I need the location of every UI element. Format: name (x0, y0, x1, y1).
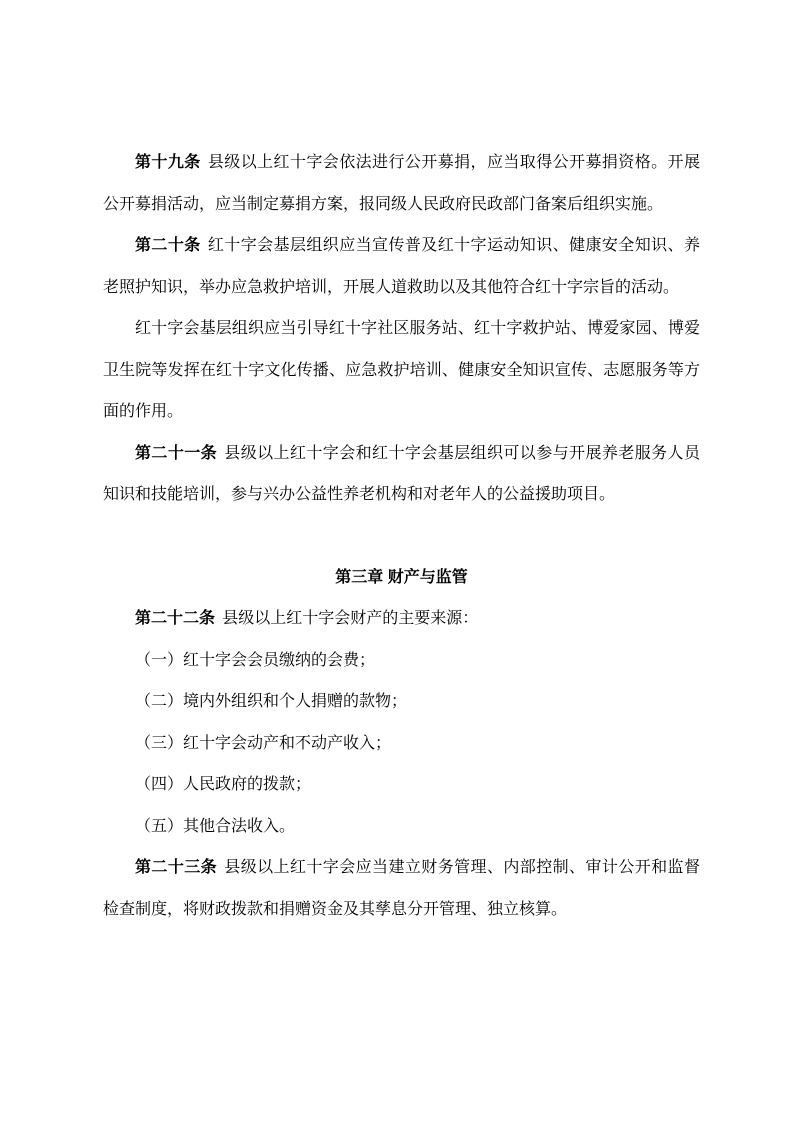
list-item-2-text: （二）境内外组织和个人捐赠的款物； (135, 693, 407, 710)
article-20-second-paragraph: 红十字会基层组织应当引导红十字社区服务站、红十字救护站、博爱家园、博爱卫生院等发… (103, 308, 700, 433)
article-22-paragraph: 第二十二条县级以上红十字会财产的主要来源： (103, 598, 700, 640)
article-22-text: 县级以上红十字会财产的主要来源： (222, 610, 478, 627)
article-19-paragraph: 第十九条县级以上红十字会依法进行公开募捐，应当取得公开募捐资格。开展公开募捐活动… (103, 142, 700, 225)
list-item-3-text: （三）红十字会动产和不动产收入； (135, 735, 391, 752)
article-21-number: 第二十一条 (135, 445, 217, 462)
document-content: 第十九条县级以上红十字会依法进行公开募捐，应当取得公开募捐资格。开展公开募捐活动… (0, 0, 793, 930)
list-item-4-text: （四）人民政府的拨款； (135, 776, 311, 793)
article-20-second-paragraph-text: 红十字会基层组织应当引导红十字社区服务站、红十字救护站、博爱家园、博爱卫生院等发… (103, 320, 700, 420)
list-item-1: （一）红十字会会员缴纳的会费； (103, 640, 700, 682)
list-item-5-text: （五）其他合法收入。 (135, 818, 295, 835)
list-item-3: （三）红十字会动产和不动产收入； (103, 723, 700, 765)
list-item-4: （四）人民政府的拨款； (103, 764, 700, 806)
chapter-heading: 第三章 财产与监管 (103, 557, 700, 599)
article-21-paragraph: 第二十一条县级以上红十字会和红十字会基层组织可以参与开展养老服务人员知识和技能培… (103, 433, 700, 516)
article-23-paragraph: 第二十三条县级以上红十字会应当建立财务管理、内部控制、审计公开和监督检查制度，将… (103, 847, 700, 930)
list-item-1-text: （一）红十字会会员缴纳的会费； (135, 652, 375, 669)
list-item-5: （五）其他合法收入。 (103, 806, 700, 848)
article-19-number: 第十九条 (135, 154, 201, 171)
document-page: 第十九条县级以上红十字会依法进行公开募捐，应当取得公开募捐资格。开展公开募捐活动… (0, 0, 793, 1122)
article-20-number: 第二十条 (135, 237, 201, 254)
article-20-paragraph: 第二十条红十字会基层组织应当宣传普及红十字运动知识、健康安全知识、养老照护知识，… (103, 225, 700, 308)
article-23-number: 第二十三条 (135, 859, 217, 876)
list-item-2: （二）境内外组织和个人捐赠的款物； (103, 681, 700, 723)
article-22-number: 第二十二条 (135, 610, 215, 627)
